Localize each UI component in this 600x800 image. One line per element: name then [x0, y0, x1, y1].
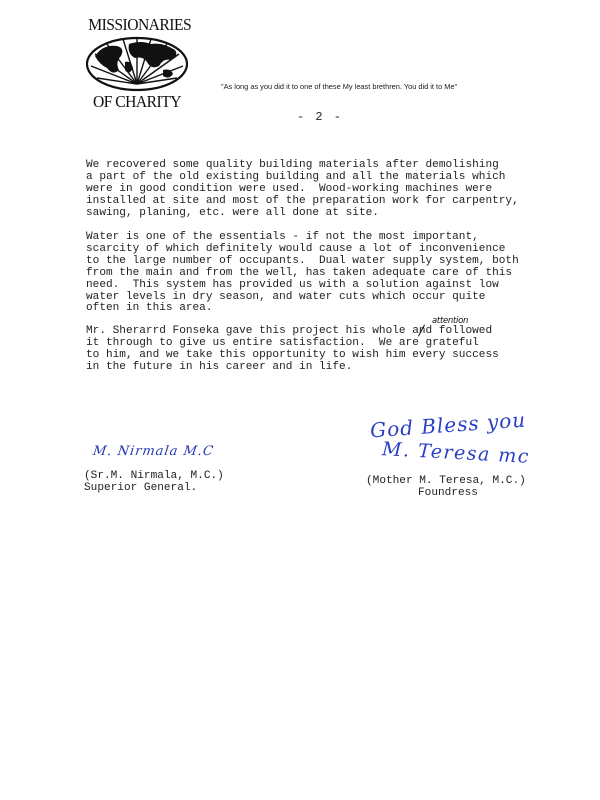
paragraph-building-materials: We recovered some quality building mater…: [86, 160, 600, 220]
signatory-title-left: Superior General.: [84, 482, 197, 494]
org-name-line2: OF CHARITY: [88, 93, 186, 111]
page-number: - 2 -: [297, 110, 343, 124]
paragraph-water-supply: Water is one of the essentials - if not …: [86, 232, 600, 315]
signatory-name-right: (Mother M. Teresa, M.C.): [366, 475, 526, 487]
handwritten-insertion: attention: [432, 316, 468, 326]
globe-with-rays-icon: [85, 36, 189, 92]
handwritten-blessing: God Bless you: [369, 408, 527, 443]
signature-nirmala: M. Nirmala M.C: [92, 444, 215, 459]
signatory-name-left: (Sr.M. Nirmala, M.C.): [84, 470, 224, 482]
org-name-line1: MISSIONARIES: [88, 16, 186, 34]
letterhead-motto: "As long as you did it to one of these M…: [221, 82, 457, 91]
paragraph-acknowledgement: Mr. Sherarrd Fonseka gave this project h…: [86, 326, 600, 374]
signatory-title-right: Foundress: [418, 487, 478, 499]
signature-teresa: M. Teresa mc: [382, 438, 531, 468]
letterhead-logo: MISSIONARIES OF CHARITY: [84, 16, 190, 111]
